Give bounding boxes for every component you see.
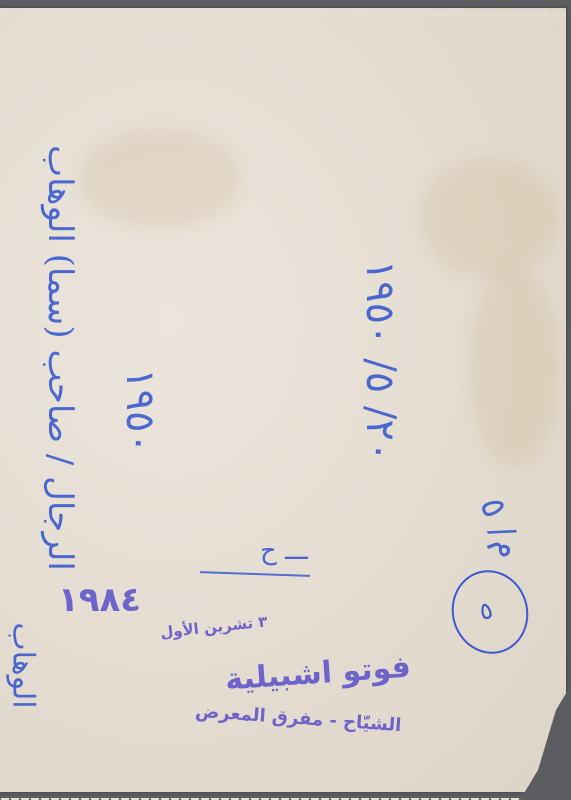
handwriting-right-date: ٢٠/ ٥/ ١٩٥٠ [357,231,403,491]
stamp-date: ٣ تشرين الأول [159,612,268,641]
stamp-year: ١٩٨٤ [58,580,141,620]
stain [80,128,240,228]
pen-stroke [200,571,310,577]
handwriting-left-column: الرجال / صاحب (سما) الوهاب [40,138,80,578]
stamp-location: الشيّاح - مفرق المعرض [195,701,403,736]
stain [420,158,560,278]
circled-number-value: ٥ [476,596,496,626]
handwriting-left-lower: الوهاب [6,622,41,708]
scalloped-edge-top [0,11,566,17]
stain [470,268,560,468]
handwriting-middle-year: ١٩٥٠ [117,331,163,491]
stamp-studio-name: فوتو اشبيلية [224,650,412,698]
handwriting-bottom-middle: ـــ ح [260,536,308,566]
handwriting-right-lower: م/ ٥ [471,492,530,564]
circled-number: ٥ [442,562,537,663]
photo-back-paper: الرجال / صاحب (سما) الوهاب ١٩٥٠ ٢٠/ ٥/ ١… [0,8,566,792]
